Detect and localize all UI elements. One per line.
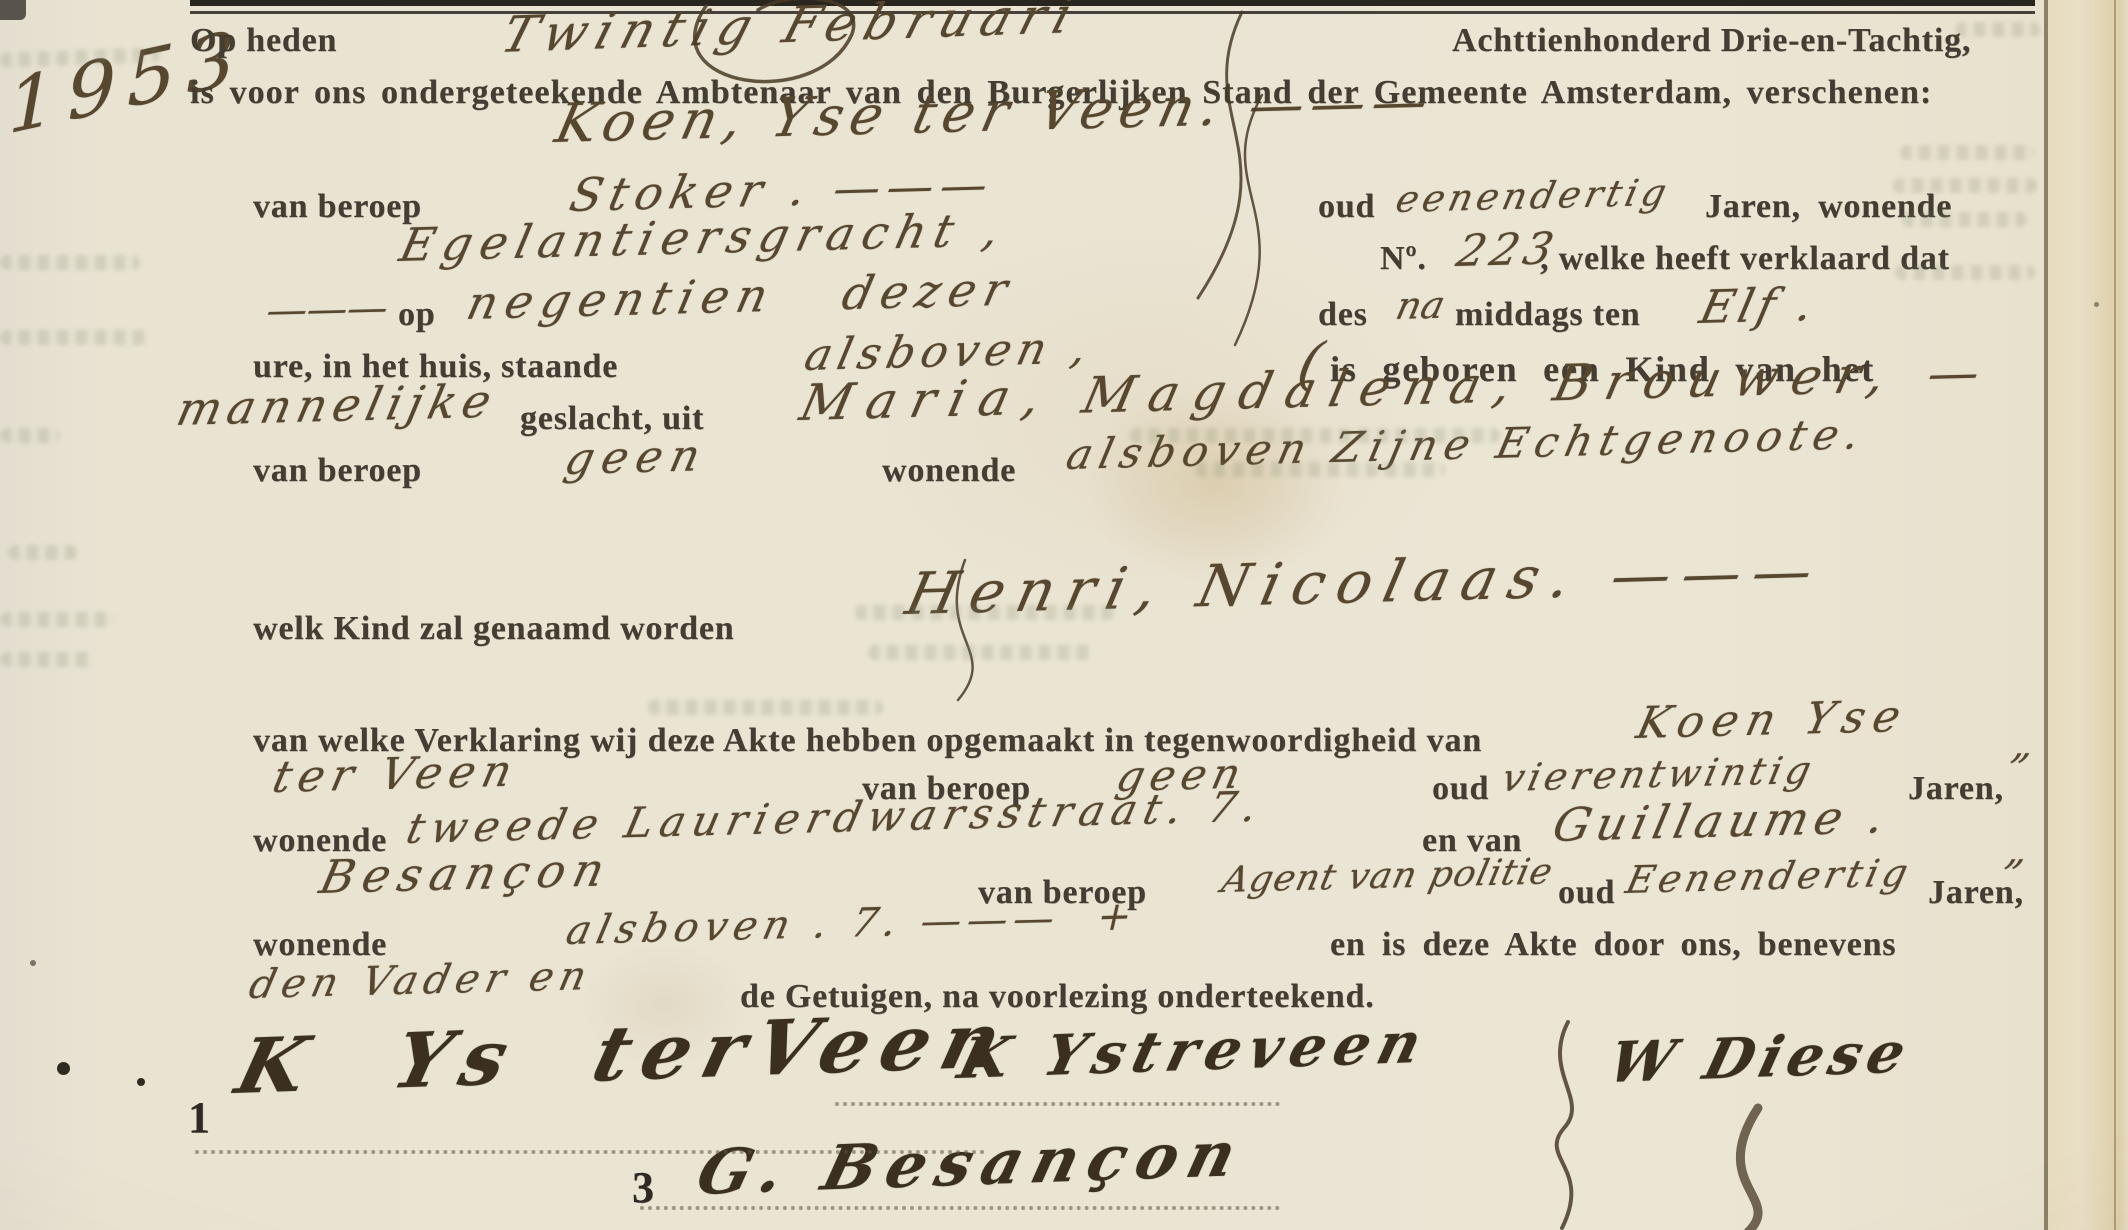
bleed-through-text [0,255,140,270]
bleed-through-text [1900,145,2035,160]
label-jaren-w2: Jaren, [1928,874,2024,912]
label-oud-declarant: oud [1318,188,1375,226]
witness1-first-name: Koen Yse [1632,691,1913,749]
bleed-through-text [0,330,150,345]
signature-dotted-line-2 [835,1102,1280,1106]
ink-speck [137,1078,145,1086]
label-jaren-w1: Jaren, [1908,770,2004,808]
birth-day: negentien dezer [462,262,1021,330]
declarant-age: eenendertig [1392,171,1674,221]
label-van-beroep-mother: van beroep [253,452,422,490]
label-oud-w2: oud [1558,874,1615,912]
bleed-through-text [0,428,60,443]
closing-vader-en: den Vader en [245,953,597,1008]
birth-hour: Elf . [1695,277,1822,334]
printed-year: Achttienhonderd Drie-en-Tachtig, [1452,22,1971,60]
birth-certificate-scan: 1953 Op heden Twintig Februari Achttienh… [0,0,2128,1230]
witness2-address: alsboven . 7. ——— + [562,893,1143,954]
witness2-last-name: Besançon [315,842,618,904]
continuation-mark-1: „ [2008,721,2039,768]
margin-number-1: 1 [188,1092,211,1143]
bleed-through-text [0,652,95,667]
bleed-through-text [868,645,1093,660]
label-op-heden: Op heden [190,22,337,60]
witness1-last-name: ter Veen [268,746,524,803]
label-no: Nº. [1380,240,1427,278]
witness1-address: tweede Laurierdwarsstraat. 7. [402,782,1269,853]
label-welke-verklaard: , welke heeft verklaard dat [1540,240,1950,278]
handwritten-date: Twintig Februari [495,0,1088,64]
page-edge-line2 [2114,0,2116,1230]
corner-mark [0,0,26,20]
bleed-through-text [1955,22,2040,37]
bleed-through-text [1130,428,1500,443]
label-op: op [398,296,436,334]
filler-dash: ——— [262,285,393,334]
ink-speck [2094,302,2099,307]
signature-dotted-line-1 [195,1150,985,1154]
top-rule-thick [190,0,2035,6]
witness2-first-name: Guillaume . [1548,789,1896,852]
continuation-mark-2: „ [2002,827,2033,874]
na-insert: na [1392,283,1449,328]
page-edge-strip [2048,0,2128,1230]
bleed-through-text [855,605,1115,620]
witness2-age: Eenendertig [1622,851,1916,902]
bleed-through-text [0,612,115,627]
signature-witness2: G. Besançon [690,1117,1254,1209]
bleed-through-text [1895,265,2035,280]
label-middags-ten: middags ten [1455,296,1640,334]
bleed-through-text [648,700,883,715]
signature-dotted-line-3 [640,1206,1280,1210]
mother-beroep: geen [560,430,713,485]
label-des: des [1318,296,1368,334]
ink-speck [57,1062,70,1075]
label-closing-1: en is deze Akte door ons, benevens [1330,926,1896,964]
signature-official: W Diese [1602,1020,1918,1096]
label-wonende-mother: wonende [882,452,1016,490]
label-van-beroep-declarant: van beroep [253,188,422,226]
witness2-beroep: Agent van politie [1218,851,1557,901]
declarant-address: Egelantiersgracht , [395,202,1013,272]
signature-father: K Ys terVeen [228,995,1022,1111]
bleed-through-text [1893,178,2038,193]
signature-witness1: K Ystreveen [952,1010,1436,1092]
label-oud-w1: oud [1432,770,1489,808]
bleed-through-text [1195,462,1445,477]
label-kind-genaamd: welk Kind zal genaamd worden [253,610,734,648]
child-sex: mannelijke [172,374,502,436]
bleed-through-text [1902,212,2027,227]
top-rule-thin [190,11,2035,14]
bleed-through-text [8,545,78,560]
ink-speck [30,960,36,966]
